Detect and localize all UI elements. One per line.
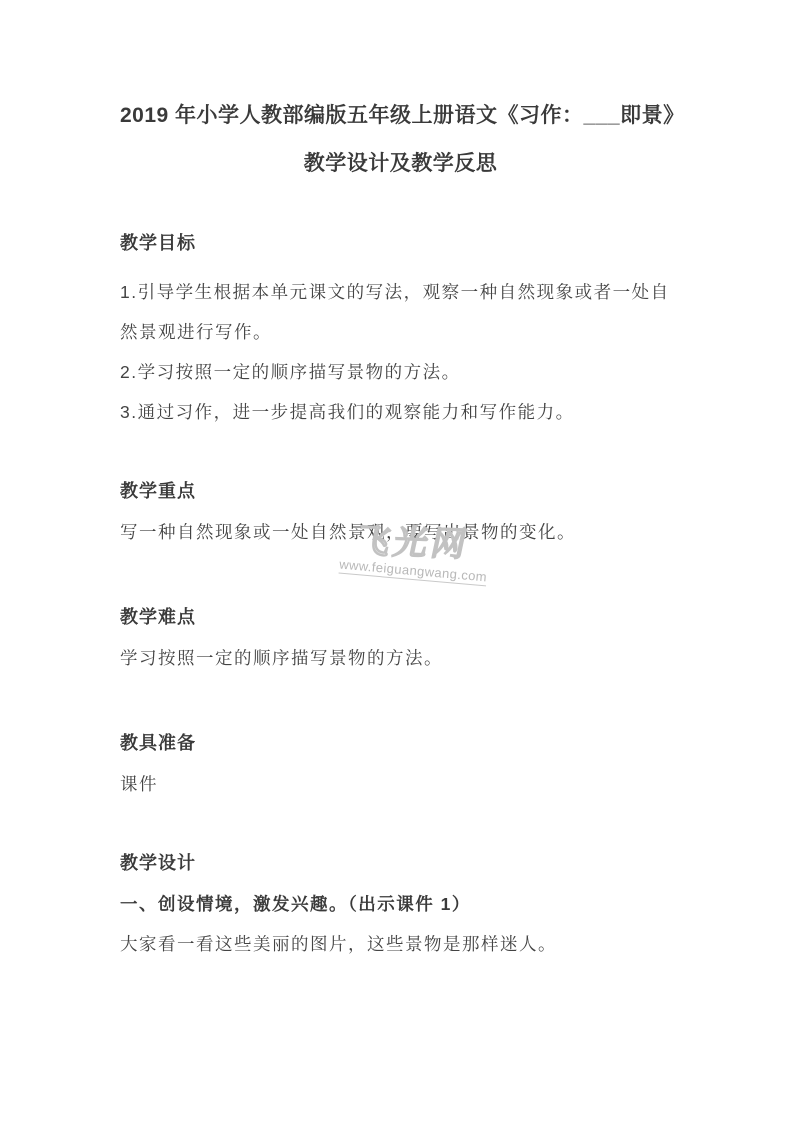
section-heading: 教学难点 <box>120 604 681 630</box>
section-heading: 教学设计 <box>120 850 681 876</box>
section-teaching-objectives: 教学目标 1.引导学生根据本单元课文的写法，观察一种自然现象或者一处自然景观进行… <box>120 230 681 432</box>
paragraph: 3.通过习作，进一步提高我们的观察能力和写作能力。 <box>120 392 681 432</box>
subsection-heading: 一、创设情境，激发兴趣。（出示课件 1） <box>120 884 681 924</box>
title-line-1: 2019 年小学人教部编版五年级上册语文《习作：___即景》 <box>120 92 681 140</box>
title-line-2: 教学设计及教学反思 <box>120 140 681 188</box>
paragraph: 1.引导学生根据本单元课文的写法，观察一种自然现象或者一处自然景观进行写作。 <box>120 272 681 352</box>
paragraph: 写一种自然现象或一处自然景观，要写出景物的变化。 <box>120 512 681 552</box>
paragraph: 2.学习按照一定的顺序描写景物的方法。 <box>120 352 681 392</box>
section-heading: 教学目标 <box>120 230 681 256</box>
document-title: 2019 年小学人教部编版五年级上册语文《习作：___即景》 教学设计及教学反思 <box>120 92 681 188</box>
section-heading: 教具准备 <box>120 730 681 756</box>
paragraph: 大家看一看这些美丽的图片，这些景物是那样迷人。 <box>120 924 681 964</box>
section-teaching-difficulties: 教学难点 学习按照一定的顺序描写景物的方法。 <box>120 604 681 678</box>
watermark-url: www.feiguangwang.com <box>338 557 487 587</box>
section-teaching-key-points: 教学重点 写一种自然现象或一处自然景观，要写出景物的变化。 <box>120 478 681 552</box>
section-teaching-design: 教学设计 一、创设情境，激发兴趣。（出示课件 1） 大家看一看这些美丽的图片，这… <box>120 850 681 964</box>
section-teaching-aids: 教具准备 课件 <box>120 730 681 804</box>
paragraph: 课件 <box>120 764 681 804</box>
paragraph: 学习按照一定的顺序描写景物的方法。 <box>120 638 681 678</box>
section-heading: 教学重点 <box>120 478 681 504</box>
document-page: 2019 年小学人教部编版五年级上册语文《习作：___即景》 教学设计及教学反思… <box>0 0 793 1122</box>
